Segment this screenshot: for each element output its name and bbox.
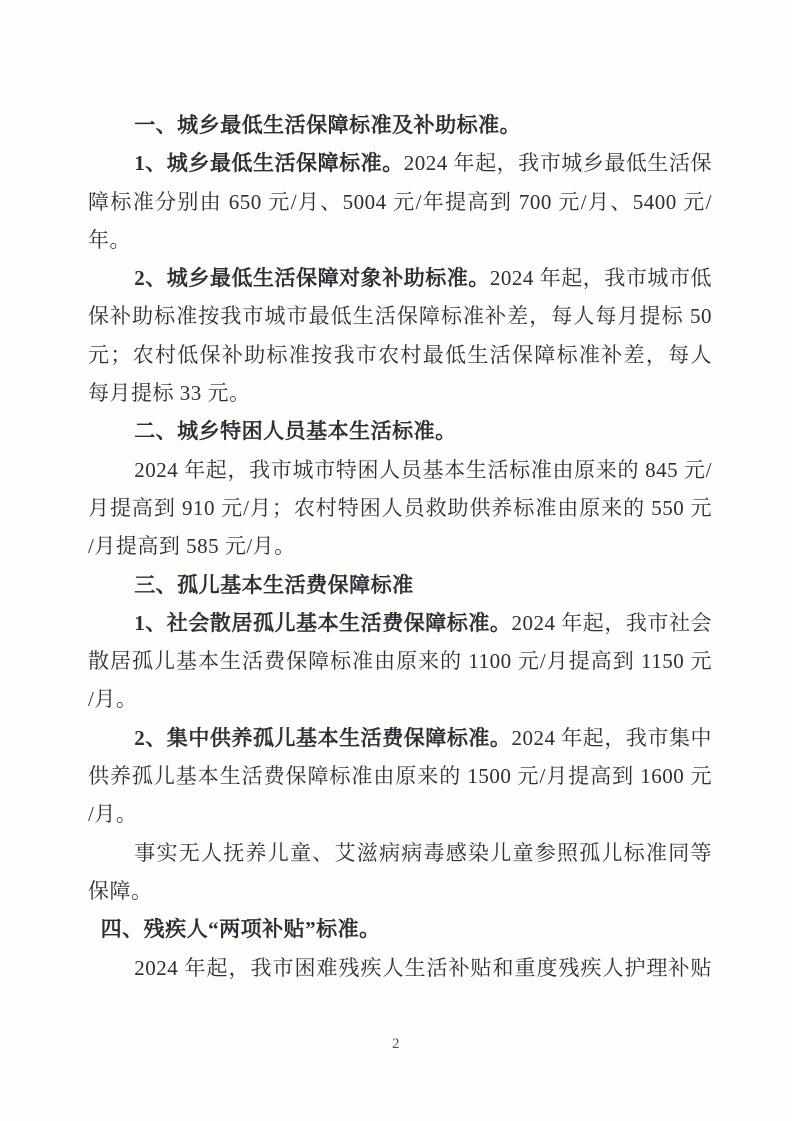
text-line: 元；农村低保补助标准按我市农村最低生活保障标准补差，每人 [88, 336, 712, 374]
bold-text-run: 三、孤儿基本生活费保障标准 [134, 573, 414, 597]
text-run: 保障。 [88, 879, 153, 903]
text-run: 事实无人抚养儿童、艾滋病病毒感染儿童参照孤儿标准同等 [134, 841, 712, 865]
text-run: 2024 年起，我市困难残疾人生活补贴和重度残疾人护理补贴 [134, 956, 712, 980]
text-line: 四、残疾人“两项补贴”标准。 [88, 910, 712, 948]
text-run: /月。 [88, 802, 137, 826]
text-line: 1、城乡最低生活保障标准。2024 年起，我市城乡最低生活保 [88, 144, 712, 182]
text-run: 月提高到 910 元/月；农村特困人员救助供养标准由原来的 550 元 [88, 496, 712, 520]
text-run: 散居孤儿基本生活费保障标准由原来的 1100 元/月提高到 1150 元 [88, 649, 712, 673]
text-line: 月提高到 910 元/月；农村特困人员救助供养标准由原来的 550 元 [88, 489, 712, 527]
text-run: 元；农村低保补助标准按我市农村最低生活保障标准补差，每人 [88, 343, 712, 367]
text-run: 每月提标 33 元。 [88, 381, 251, 405]
text-run: /月提高到 585 元/月。 [88, 534, 296, 558]
text-line: /月。 [88, 680, 712, 718]
page-number: 2 [0, 1036, 792, 1053]
text-run: 供养孤儿基本生活费保障标准由原来的 1500 元/月提高到 1600 元 [88, 764, 712, 788]
text-line: 散居孤儿基本生活费保障标准由原来的 1100 元/月提高到 1150 元 [88, 642, 712, 680]
text-run: /月。 [88, 687, 137, 711]
bold-text-run: 四、残疾人“两项补贴”标准。 [101, 917, 381, 941]
text-run: 2024 年起，我市城市特困人员基本生活标准由原来的 845 元/ [134, 458, 712, 482]
text-run: 保补助标准按我市城市最低生活保障标准补差，每人每月提标 50 [88, 304, 712, 328]
text-run: 2024 年起，我市城乡最低生活保 [404, 151, 712, 175]
bold-text-run: 1、社会散居孤儿基本生活费保障标准。 [134, 611, 511, 635]
text-line: 保补助标准按我市城市最低生活保障标准补差，每人每月提标 50 [88, 297, 712, 335]
text-line: 2、城乡最低生活保障对象补助标准。2024 年起，我市城市低 [88, 259, 712, 297]
document-body: 一、城乡最低生活保障标准及补助标准。1、城乡最低生活保障标准。2024 年起，我… [88, 106, 712, 987]
text-line: 2024 年起，我市城市特困人员基本生活标准由原来的 845 元/ [88, 451, 712, 489]
text-line: 供养孤儿基本生活费保障标准由原来的 1500 元/月提高到 1600 元 [88, 757, 712, 795]
text-run: 2024 年起，我市社会 [511, 611, 712, 635]
text-line: 2、集中供养孤儿基本生活费保障标准。2024 年起，我市集中 [88, 719, 712, 757]
bold-text-run: 二、城乡特困人员基本生活标准。 [134, 419, 457, 443]
text-run: 年。 [88, 228, 131, 252]
text-line: /月。 [88, 795, 712, 833]
text-line: 三、孤儿基本生活费保障标准 [88, 566, 712, 604]
bold-text-run: 一、城乡最低生活保障标准及补助标准。 [134, 113, 521, 137]
bold-text-run: 2、城乡最低生活保障对象补助标准。 [134, 266, 490, 290]
text-line: 年。 [88, 221, 712, 259]
text-line: /月提高到 585 元/月。 [88, 527, 712, 565]
text-run: 障标准分别由 650 元/月、5004 元/年提高到 700 元/月、5400 … [88, 190, 712, 214]
bold-text-run: 1、城乡最低生活保障标准。 [134, 151, 404, 175]
text-run: 2024 年起，我市集中 [511, 726, 712, 750]
text-line: 障标准分别由 650 元/月、5004 元/年提高到 700 元/月、5400 … [88, 183, 712, 221]
text-line: 事实无人抚养儿童、艾滋病病毒感染儿童参照孤儿标准同等 [88, 834, 712, 872]
bold-text-run: 2、集中供养孤儿基本生活费保障标准。 [134, 726, 511, 750]
text-line: 二、城乡特困人员基本生活标准。 [88, 412, 712, 450]
text-line: 2024 年起，我市困难残疾人生活补贴和重度残疾人护理补贴 [88, 949, 712, 987]
text-line: 每月提标 33 元。 [88, 374, 712, 412]
text-line: 1、社会散居孤儿基本生活费保障标准。2024 年起，我市社会 [88, 604, 712, 642]
text-run: 2024 年起，我市城市低 [490, 266, 712, 290]
text-line: 保障。 [88, 872, 712, 910]
text-line: 一、城乡最低生活保障标准及补助标准。 [88, 106, 712, 144]
document-page: 一、城乡最低生活保障标准及补助标准。1、城乡最低生活保障标准。2024 年起，我… [0, 0, 792, 1121]
